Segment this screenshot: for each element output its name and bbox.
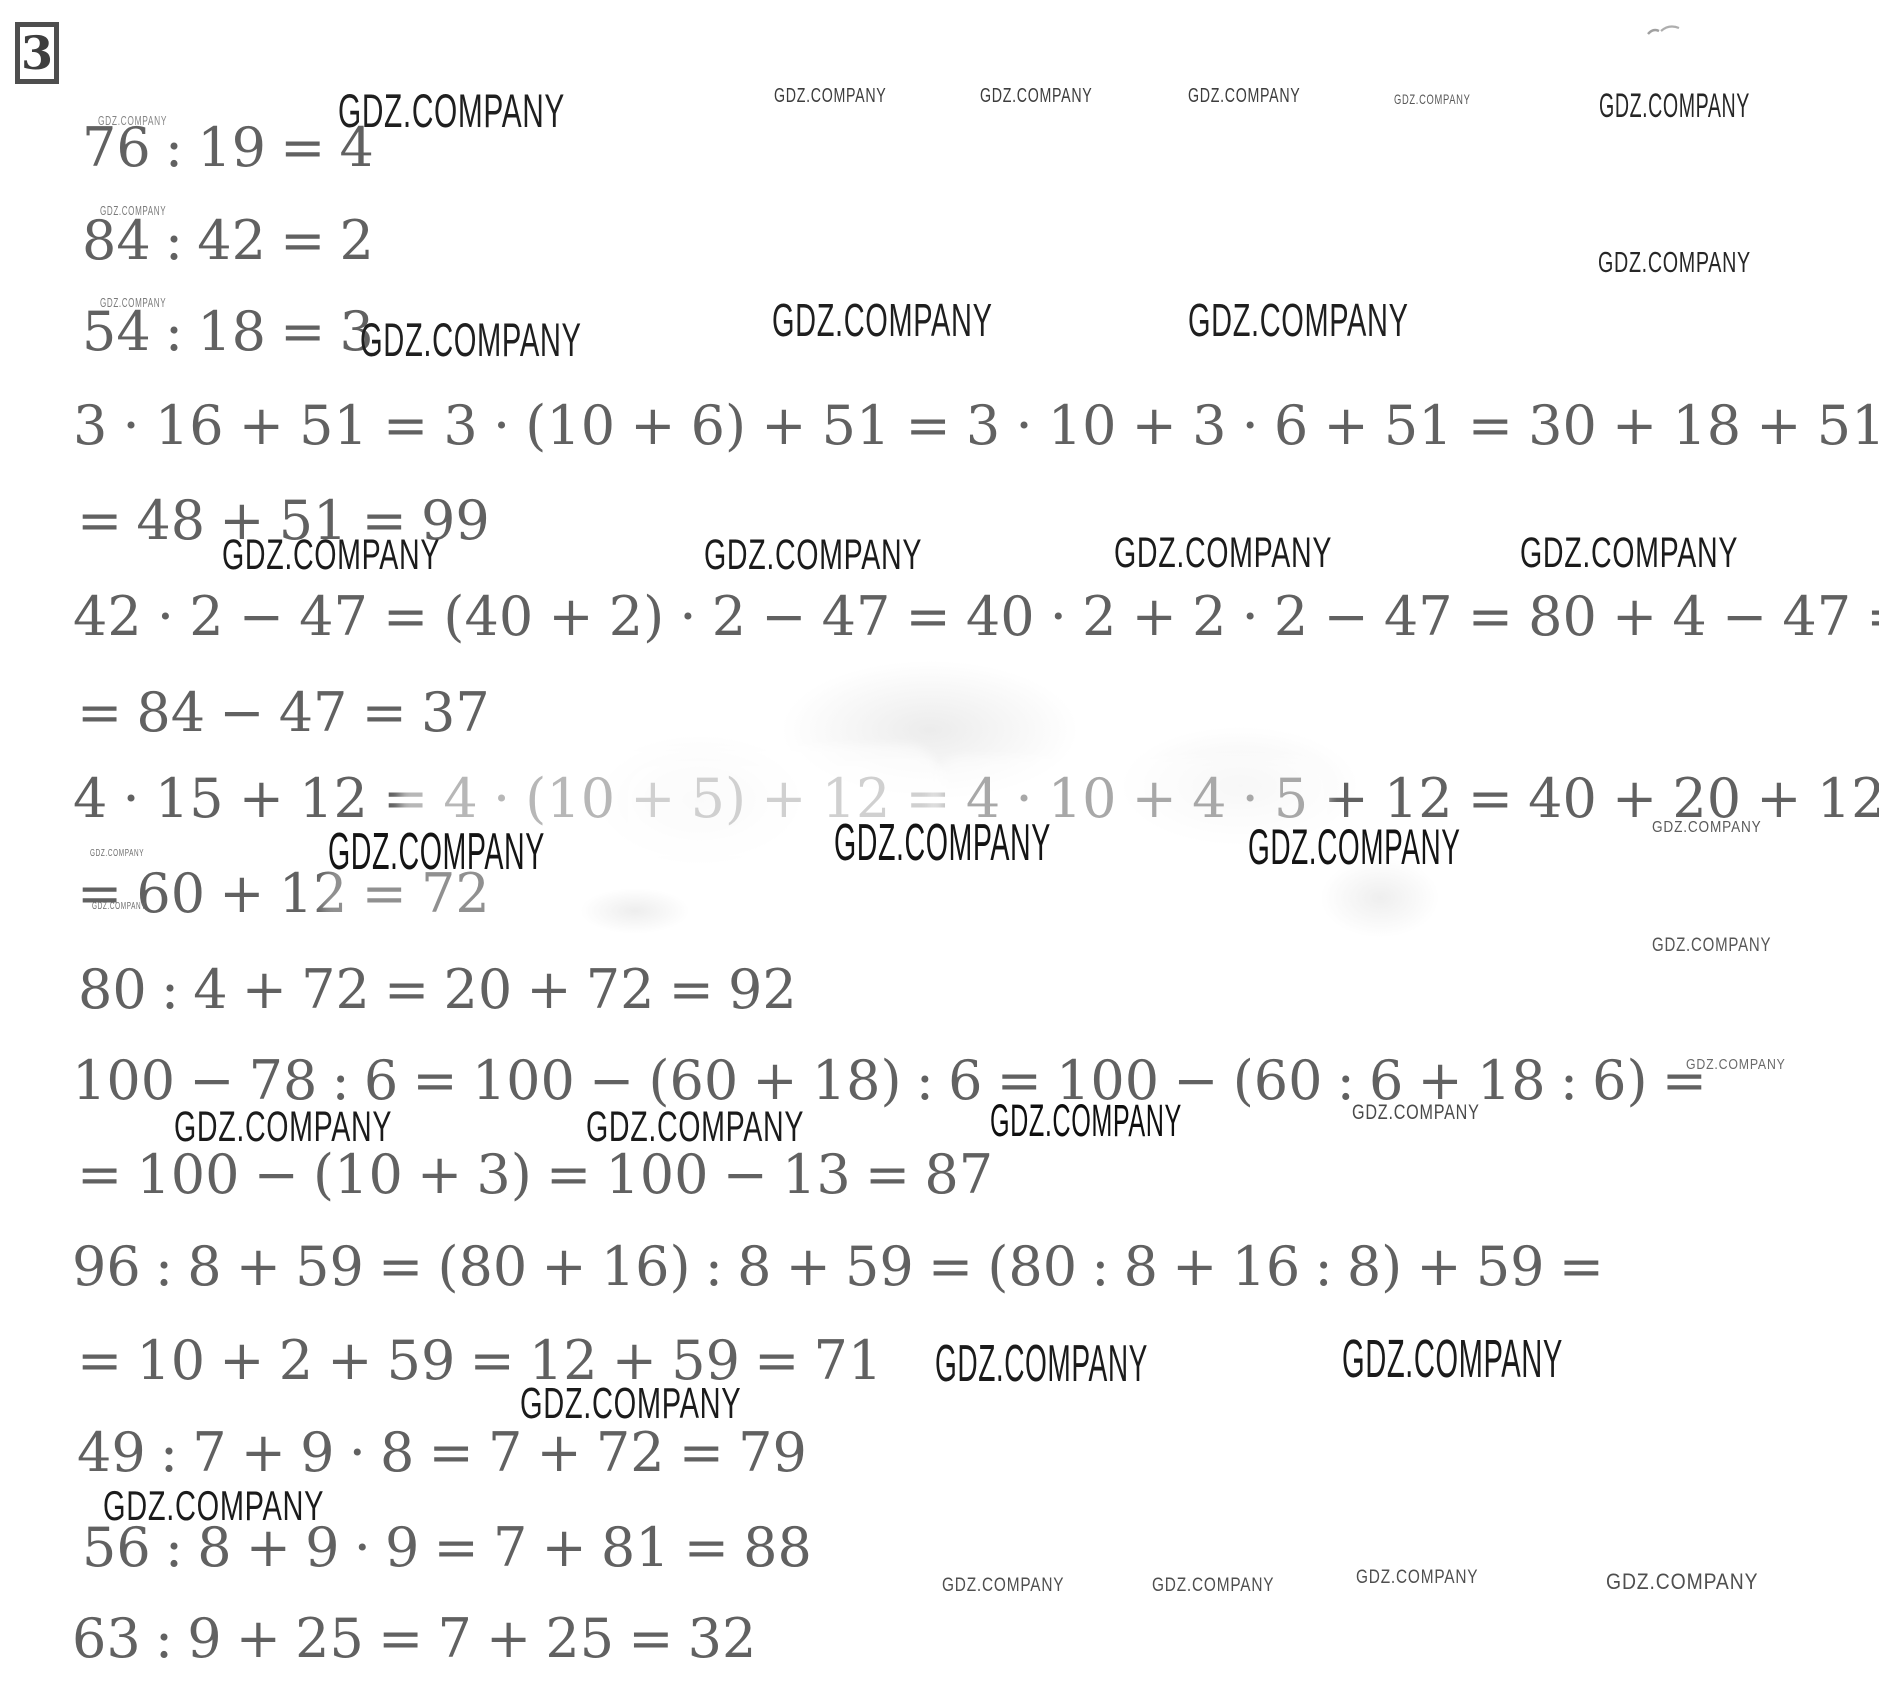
math-line: = 84 − 47 = 37 xyxy=(77,686,490,740)
watermark: GDZ.COMPANY xyxy=(328,826,545,878)
math-line: 80 : 4 + 72 = 20 + 72 = 92 xyxy=(78,963,797,1017)
watermark: GDZ.COMPANY xyxy=(1598,249,1751,278)
watermark: GDZ.COMPANY xyxy=(774,86,886,106)
watermark: GDZ.COMPANY xyxy=(1352,1102,1480,1123)
watermark: GDZ.COMPANY xyxy=(360,316,582,363)
math-line: 63 : 9 + 25 = 7 + 25 = 32 xyxy=(72,1612,756,1666)
watermark: GDZ.COMPANY xyxy=(935,1338,1148,1390)
math-line: = 100 − (10 + 3) = 100 − 13 = 87 xyxy=(77,1148,993,1202)
watermark: GDZ.COMPANY xyxy=(980,86,1092,106)
watermark: GDZ.COMPANY xyxy=(834,817,1051,869)
watermark: GDZ.COMPANY xyxy=(100,296,166,309)
exercise-number: 3 xyxy=(21,30,53,76)
erased-watermark-ghost xyxy=(580,888,690,934)
watermark: GDZ.COMPANY xyxy=(1356,1568,1478,1587)
math-line: 76 : 19 = 4 xyxy=(82,121,374,175)
watermark: GDZ.COMPANY xyxy=(1342,1332,1563,1386)
watermark: GDZ.COMPANY xyxy=(92,902,146,912)
pen-mark-icon xyxy=(1646,22,1682,40)
watermark: GDZ.COMPANY xyxy=(1520,532,1738,575)
watermark: GDZ.COMPANY xyxy=(1188,297,1409,343)
watermark: GDZ.COMPANY xyxy=(1652,820,1762,836)
watermark: GDZ.COMPANY xyxy=(1394,92,1471,106)
watermark: GDZ.COMPANY xyxy=(90,849,144,859)
watermark: GDZ.COMPANY xyxy=(100,204,166,217)
watermark: GDZ.COMPANY xyxy=(942,1576,1064,1595)
watermark: GDZ.COMPANY xyxy=(1606,1571,1758,1593)
math-line: 96 : 8 + 59 = (80 + 16) : 8 + 59 = (80 :… xyxy=(72,1240,1604,1294)
math-line: 3 · 16 + 51 = 3 · (10 + 6) + 51 = 3 · 10… xyxy=(73,399,1879,453)
watermark: GDZ.COMPANY xyxy=(1248,822,1461,872)
math-line: = 10 + 2 + 59 = 12 + 59 = 71 xyxy=(77,1334,882,1388)
watermark: GDZ.COMPANY xyxy=(1686,1057,1786,1072)
watermark: GDZ.COMPANY xyxy=(1599,89,1750,123)
math-line: 100 − 78 : 6 = 100 − (60 + 18) : 6 = 100… xyxy=(72,1054,1707,1108)
watermark: GDZ.COMPANY xyxy=(222,534,440,577)
scanned-solution-page: 3 76 : 19 = 4 84 : 42 = 2 54 : 18 = 3 3 … xyxy=(0,0,1879,1682)
watermark: GDZ.COMPANY xyxy=(1188,86,1300,106)
watermark: GDZ.COMPANY xyxy=(338,87,565,134)
math-line: 84 : 42 = 2 xyxy=(82,214,374,268)
watermark: GDZ.COMPANY xyxy=(103,1485,324,1527)
watermark: GDZ.COMPANY xyxy=(1652,936,1771,955)
watermark: GDZ.COMPANY xyxy=(1152,1576,1274,1595)
math-line: 56 : 8 + 9 · 9 = 7 + 81 = 88 xyxy=(82,1521,812,1575)
watermark: GDZ.COMPANY xyxy=(704,534,922,577)
exercise-number-badge: 3 xyxy=(15,22,59,84)
math-line: 54 : 18 = 3 xyxy=(82,305,374,359)
watermark: GDZ.COMPANY xyxy=(586,1106,804,1149)
watermark: GDZ.COMPANY xyxy=(98,115,167,128)
math-line: 49 : 7 + 9 · 8 = 7 + 72 = 79 xyxy=(77,1426,807,1480)
math-line: 42 · 2 − 47 = (40 + 2) · 2 − 47 = 40 · 2… xyxy=(73,590,1879,644)
watermark: GDZ.COMPANY xyxy=(1114,532,1332,575)
watermark: GDZ.COMPANY xyxy=(520,1382,741,1426)
watermark: GDZ.COMPANY xyxy=(772,297,993,343)
watermark: GDZ.COMPANY xyxy=(990,1098,1182,1143)
watermark: GDZ.COMPANY xyxy=(174,1106,392,1149)
